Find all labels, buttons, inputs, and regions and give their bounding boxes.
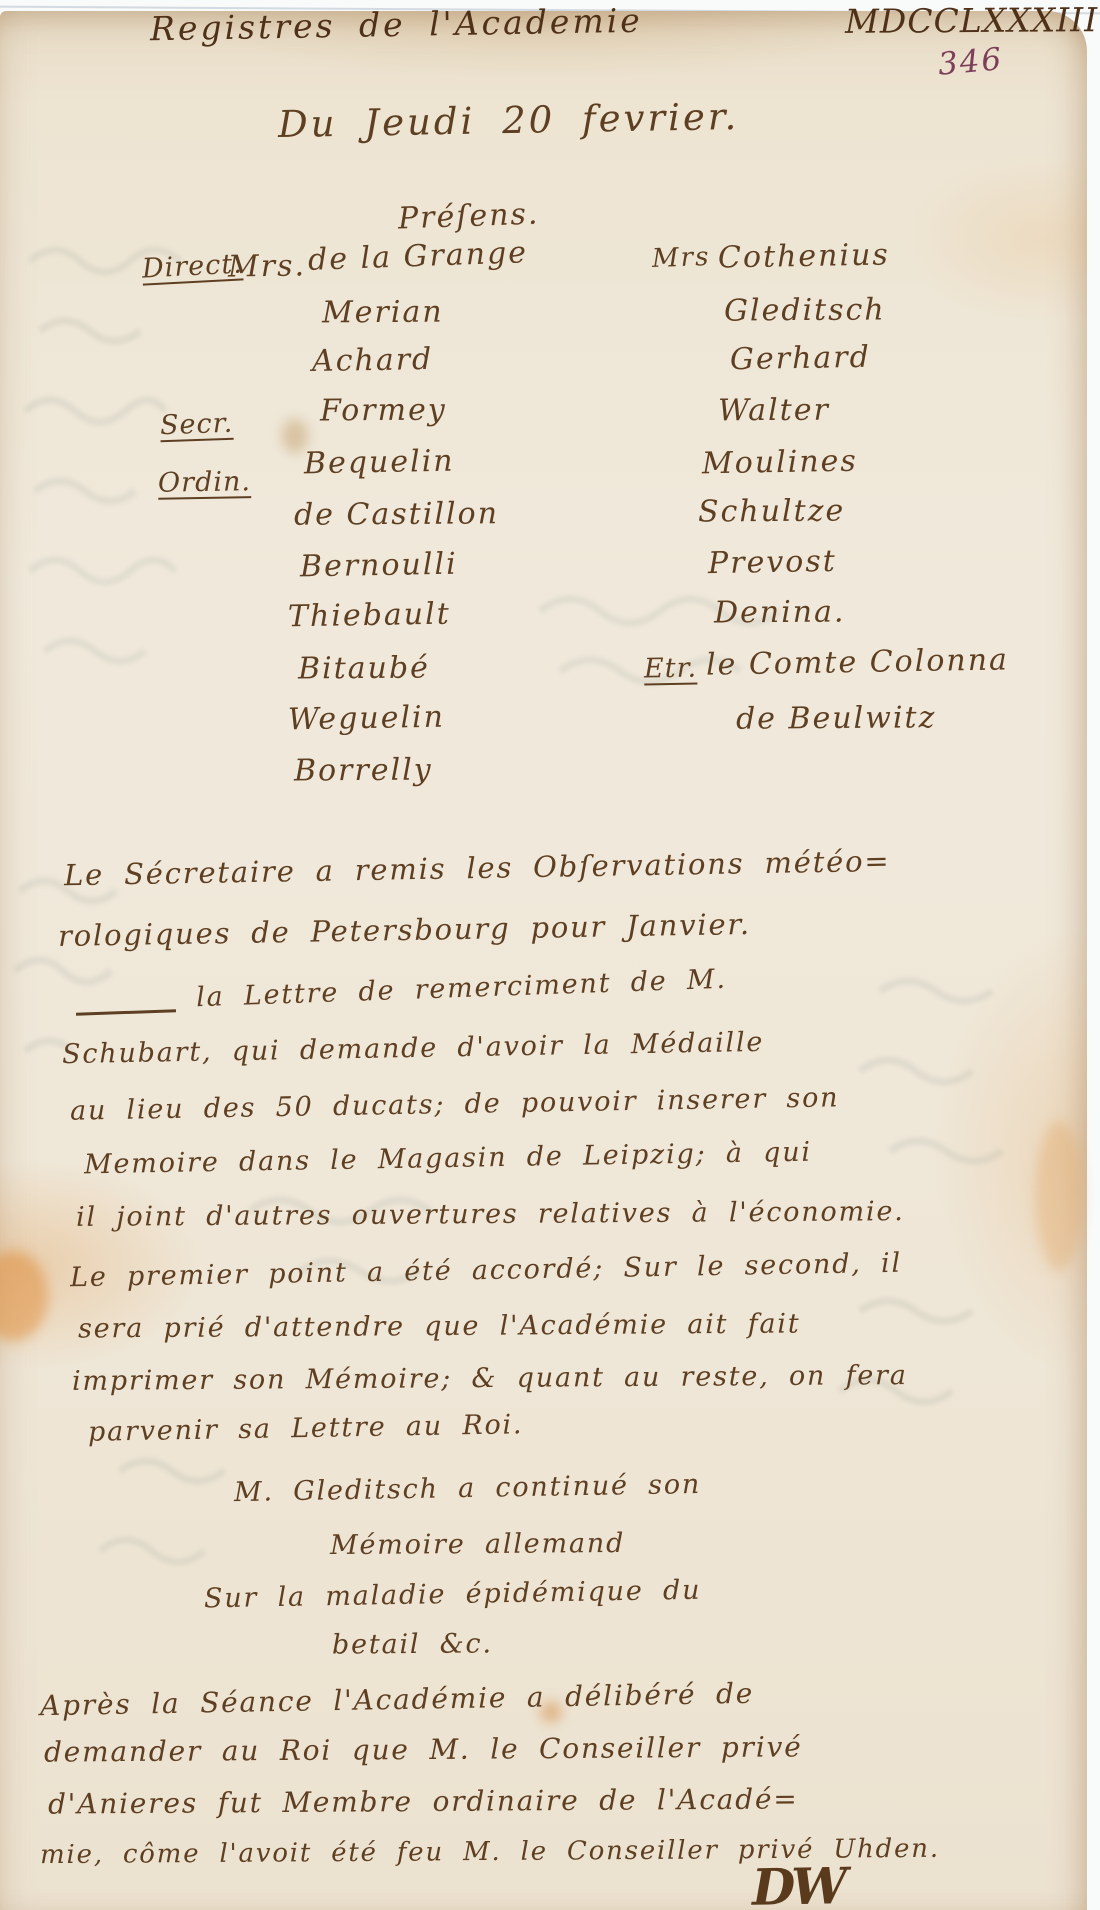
body-line: Mémoire allemand [330, 1528, 625, 1561]
session-date-heading: Du Jeudi 20 fevrier. [278, 95, 740, 146]
attendee-name: Achard [312, 342, 434, 379]
bleed-through-ghost-text [0, 11, 1087, 1910]
attendee-name: Merian [322, 295, 444, 331]
attendee-name: Walter [718, 393, 830, 429]
scanned-page: Registres de l'Academie MDCCLXXXIII 346 … [0, 0, 1100, 1910]
attendee-name: Borrelly [294, 753, 433, 789]
attendee-name: Moulines [702, 444, 858, 482]
body-line: betail &c. [332, 1628, 493, 1660]
attendee-name: de Castillon [294, 496, 499, 532]
attendee-name: Gleditsch [724, 292, 886, 328]
attendee-name: Bernoulli [300, 547, 458, 585]
manuscript-page: Registres de l'Academie MDCCLXXXIII 346 … [0, 11, 1087, 1910]
body-line: d'Anieres fut Membre ordinaire de l'Acad… [48, 1782, 799, 1820]
attendee-name: le Comte Colonna [706, 642, 1009, 682]
attendee-name: Schultze [698, 493, 845, 529]
attendee-name: Weguelin [288, 700, 446, 738]
attendee-name: Gerhard [730, 340, 871, 377]
page-number: 346 [937, 41, 1005, 83]
body-line: imprimer son Mémoire; & quant au reste, … [72, 1360, 908, 1397]
margin-label-ordinaires: Ordin. [158, 466, 251, 499]
attendee-name: Bitaubé [298, 651, 430, 687]
margin-label-etrangers: Etr. [644, 653, 698, 685]
attendee-prefix-right: Mrs [651, 242, 710, 274]
attendee-name: Cothenius [718, 238, 890, 276]
body-line: demander au Roi que M. le Conseiller pri… [44, 1730, 803, 1768]
attendee-name: de Beulwitz [736, 700, 937, 736]
attendee-prefix-left: Mrs. [228, 248, 307, 284]
attendee-name: Formey [320, 393, 447, 429]
attendee-name: Prevost [708, 544, 837, 581]
attendee-name: Bequelin [304, 444, 455, 482]
body-line: il joint d'autres ouvertures relatives à… [76, 1196, 905, 1233]
presence-heading: Préſens. [397, 197, 540, 237]
attendee-name: Denina. [714, 595, 846, 631]
attendee-name: Thiebault [288, 597, 451, 635]
signature-monogram: DW [751, 1856, 844, 1910]
margin-label-secretaire: Secr. [159, 408, 233, 442]
body-line: sera prié d'attendre que l'Académie ait … [78, 1308, 801, 1344]
year-roman-numeral: MDCCLXXXIII [845, 0, 1099, 41]
stain [1035, 1121, 1083, 1271]
